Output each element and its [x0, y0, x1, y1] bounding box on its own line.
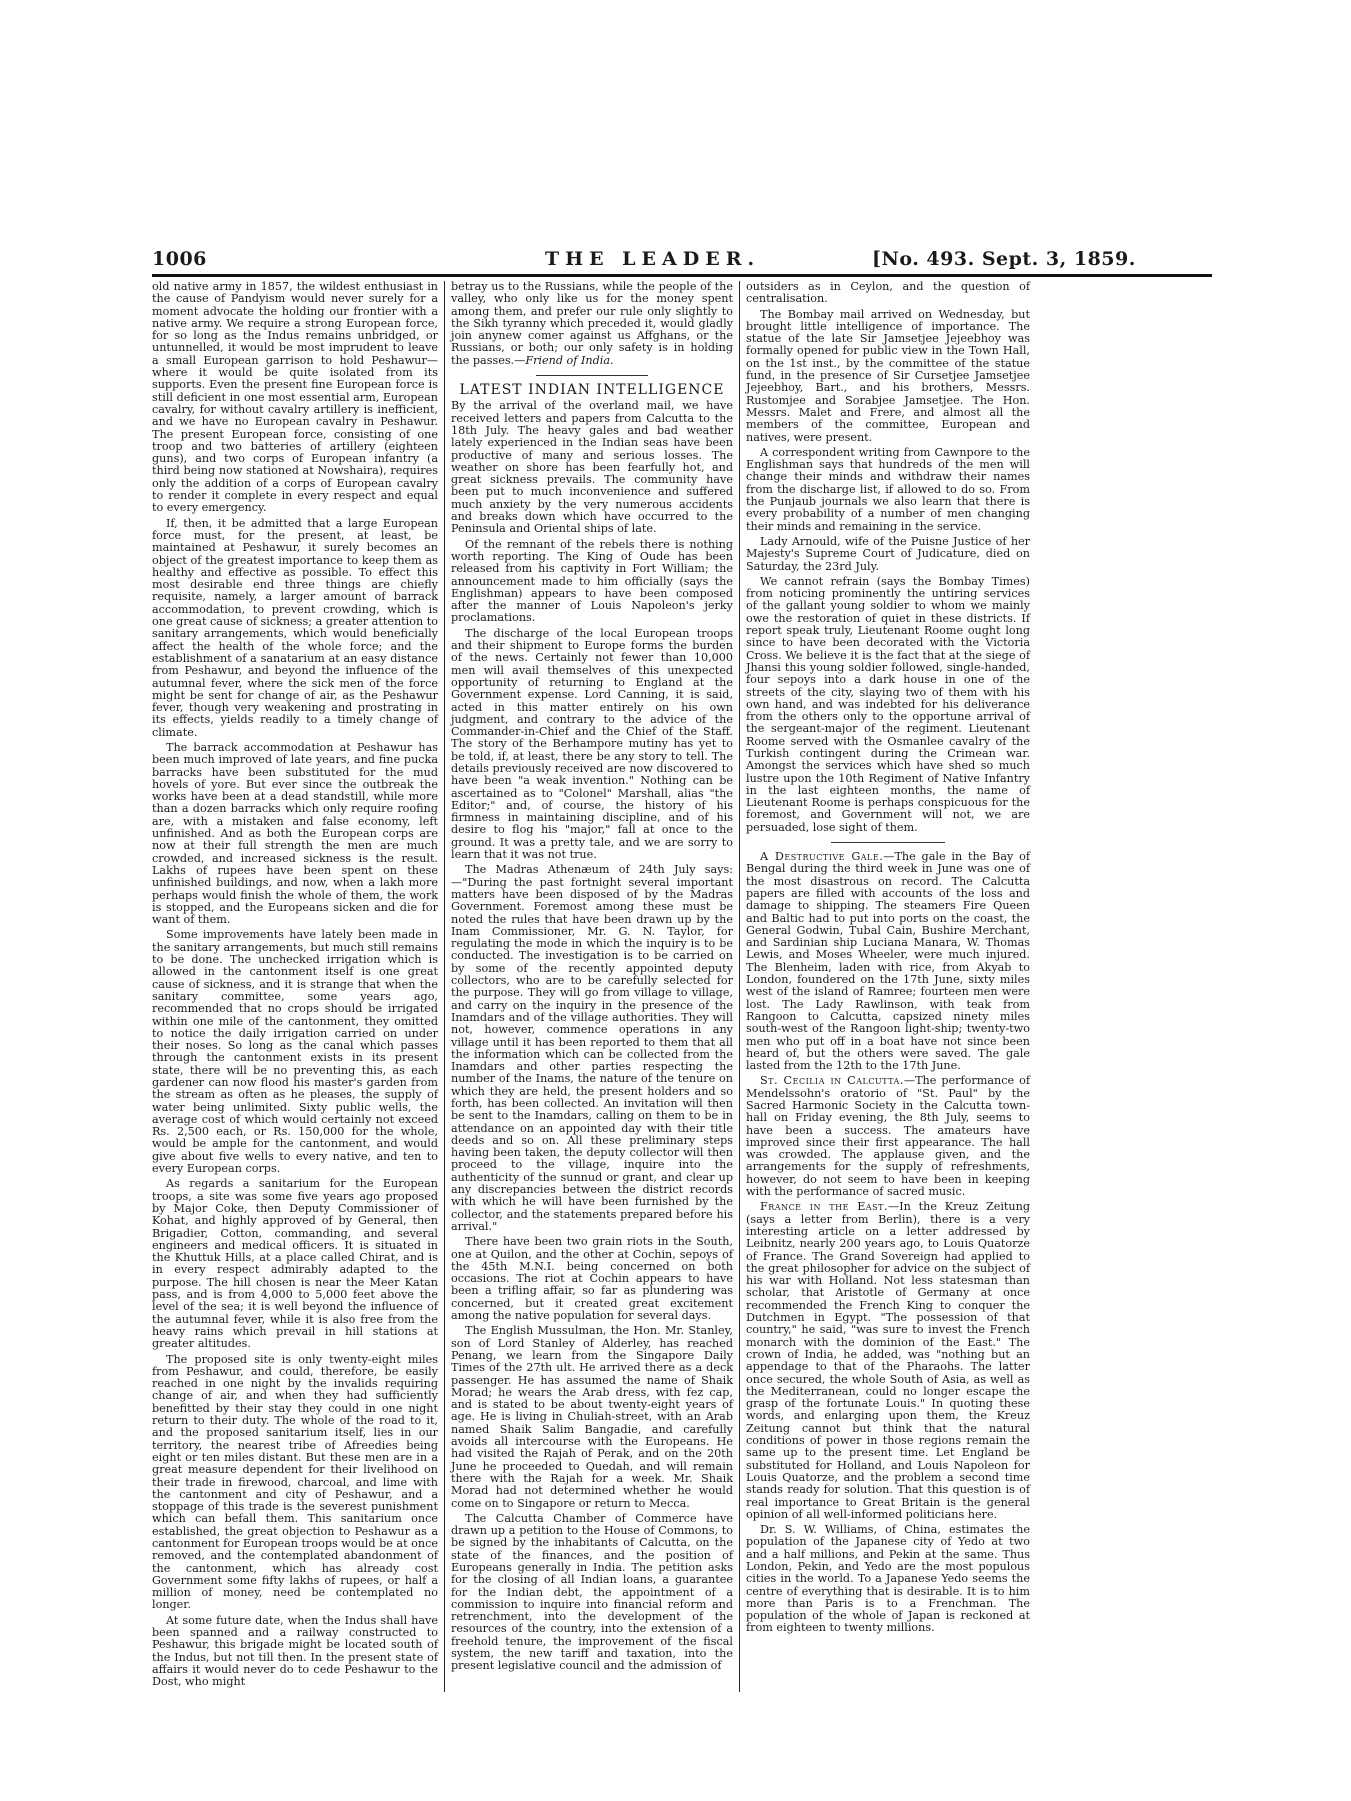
paragraph: The Calcutta Chamber of Commerce have dr…	[451, 1513, 733, 1673]
paragraph: If, then, it be admitted that a large Eu…	[152, 518, 438, 739]
paragraph: By the arrival of the overland mail, we …	[451, 400, 733, 535]
newspaper-title: THE LEADER.	[545, 248, 760, 270]
item-title: A Destructive Gale.	[760, 850, 883, 863]
page-number: 1006	[152, 248, 207, 270]
column-1: old native army in 1857, the wildest ent…	[152, 281, 444, 1692]
paragraph: betray us to the Russians, while the peo…	[451, 281, 733, 367]
source-attribution: —Friend of India.	[514, 354, 613, 367]
paragraph: The barrack accommodation at Peshawur ha…	[152, 742, 438, 926]
paragraph: Dr. S. W. Williams, of China, estimates …	[746, 1524, 1030, 1635]
columns: old native army in 1857, the wildest ent…	[152, 281, 1212, 1692]
news-item: France in the East.—In the Kreuz Zeitung…	[746, 1201, 1030, 1521]
issue-date: [No. 493. Sept. 3, 1859.	[872, 248, 1136, 270]
paragraph: old native army in 1857, the wildest ent…	[152, 281, 438, 515]
paragraph: Some improvements have lately been made …	[152, 929, 438, 1175]
masthead: 1006 THE LEADER. [No. 493. Sept. 3, 1859…	[152, 248, 1212, 272]
item-title: France in the East.	[760, 1200, 888, 1213]
paragraph: The discharge of the local European troo…	[451, 628, 733, 862]
masthead-rule	[152, 274, 1212, 277]
column-3: outsiders as in Ceylon, and the question…	[739, 281, 1036, 1692]
item-text: —In the Kreuz Zeitung (says a letter fro…	[746, 1200, 1030, 1520]
column-2: betray us to the Russians, while the peo…	[444, 281, 739, 1692]
paragraph: As regards a sanitarium for the European…	[152, 1178, 438, 1350]
paragraph: At some future date, when the Indus shal…	[152, 1615, 438, 1689]
paragraph: The proposed site is only twenty-eight m…	[152, 1354, 438, 1612]
section-divider	[536, 375, 649, 376]
paragraph: The English Mussulman, the Hon. Mr. Stan…	[451, 1325, 733, 1509]
paragraph: The Bombay mail arrived on Wednesday, bu…	[746, 309, 1030, 444]
paragraph: A correspondent writing from Cawnpore to…	[746, 447, 1030, 533]
item-text: —The performance of Mendelssohn's orator…	[746, 1074, 1030, 1198]
section-heading: LATEST INDIAN INTELLIGENCE	[451, 384, 733, 396]
item-text: —The gale in the Bay of Bengal during th…	[746, 850, 1030, 1072]
paragraph: Of the remnant of the rebels there is no…	[451, 539, 733, 625]
news-item: A Destructive Gale.—The gale in the Bay …	[746, 851, 1030, 1072]
paragraph: The Madras Athenæum of 24th July says:—"…	[451, 864, 733, 1233]
section-divider	[831, 842, 945, 843]
paragraph: We cannot refrain (says the Bombay Times…	[746, 576, 1030, 834]
paragraph: Lady Arnould, wife of the Puisne Justice…	[746, 536, 1030, 573]
paragraph: There have been two grain riots in the S…	[451, 1236, 733, 1322]
item-title: St. Cecilia in Calcutta.	[760, 1074, 904, 1087]
paragraph: outsiders as in Ceylon, and the question…	[746, 281, 1030, 306]
news-item: St. Cecilia in Calcutta.—The performance…	[746, 1075, 1030, 1198]
newspaper-page: 1006 THE LEADER. [No. 493. Sept. 3, 1859…	[152, 248, 1212, 1692]
